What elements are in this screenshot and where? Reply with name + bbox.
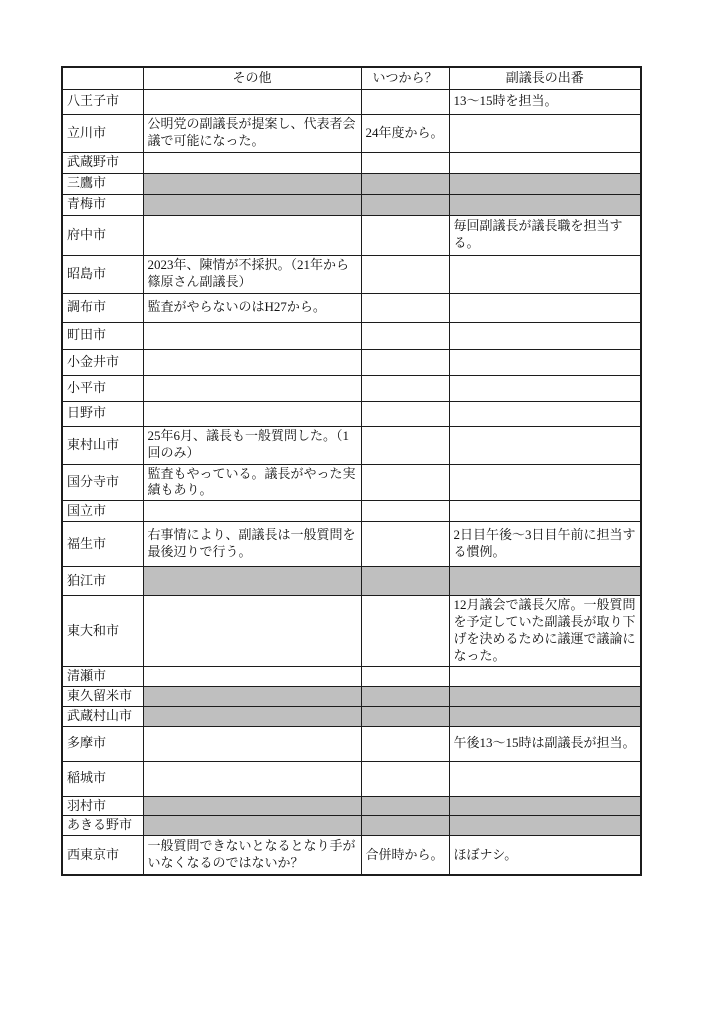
header-role: 副議長の出番 bbox=[449, 67, 641, 89]
since-cell bbox=[361, 375, 449, 401]
since-cell bbox=[361, 194, 449, 215]
role-cell bbox=[449, 706, 641, 726]
city-cell: 日野市 bbox=[62, 401, 143, 426]
document-page: その他 いつから？ 副議長の出番 八王子市 13～15時を担当。 立川市 公明党… bbox=[0, 0, 724, 1024]
table-row: 府中市 毎回副議長が議長職を担当する。 bbox=[62, 215, 641, 255]
vice-chair-survey-table: その他 いつから？ 副議長の出番 八王子市 13～15時を担当。 立川市 公明党… bbox=[61, 66, 642, 876]
city-cell: 羽村市 bbox=[62, 796, 143, 816]
role-cell bbox=[449, 761, 641, 796]
since-cell bbox=[361, 401, 449, 426]
table-row: 福生市 右事情により、副議長は一般質問を最後辺りで行う。 2日目午後～3日目午前… bbox=[62, 522, 641, 567]
since-cell bbox=[361, 215, 449, 255]
role-cell bbox=[449, 567, 641, 596]
role-cell bbox=[449, 375, 641, 401]
city-cell: 八王子市 bbox=[62, 89, 143, 114]
table-row: 町田市 bbox=[62, 322, 641, 349]
table-row: 羽村市 bbox=[62, 796, 641, 816]
other-cell bbox=[143, 686, 361, 706]
table-row: 武蔵野市 bbox=[62, 152, 641, 173]
city-cell: 府中市 bbox=[62, 215, 143, 255]
table-row: 小平市 bbox=[62, 375, 641, 401]
city-cell: 東大和市 bbox=[62, 596, 143, 667]
role-cell bbox=[449, 349, 641, 375]
since-cell bbox=[361, 522, 449, 567]
city-cell: 国立市 bbox=[62, 501, 143, 522]
other-cell bbox=[143, 173, 361, 194]
role-cell bbox=[449, 173, 641, 194]
role-cell bbox=[449, 255, 641, 293]
header-other: その他 bbox=[143, 67, 361, 89]
since-cell bbox=[361, 596, 449, 667]
since-cell bbox=[361, 726, 449, 761]
since-cell bbox=[361, 796, 449, 816]
city-cell: 青梅市 bbox=[62, 194, 143, 215]
since-cell bbox=[361, 349, 449, 375]
since-cell bbox=[361, 761, 449, 796]
other-cell: 右事情により、副議長は一般質問を最後辺りで行う。 bbox=[143, 522, 361, 567]
since-cell bbox=[361, 293, 449, 322]
table-row: 狛江市 bbox=[62, 567, 641, 596]
since-cell bbox=[361, 567, 449, 596]
table-row: 東村山市 25年6月、議長も一般質問した。（1回のみ） bbox=[62, 426, 641, 464]
role-cell: 12月議会で議長欠席。一般質問を予定していた副議長が取り下げを決めるために議運で… bbox=[449, 596, 641, 667]
table-row: 八王子市 13～15時を担当。 bbox=[62, 89, 641, 114]
since-cell bbox=[361, 501, 449, 522]
city-cell: 立川市 bbox=[62, 114, 143, 152]
other-cell bbox=[143, 322, 361, 349]
city-cell: 多摩市 bbox=[62, 726, 143, 761]
role-cell bbox=[449, 796, 641, 816]
role-cell bbox=[449, 194, 641, 215]
city-cell: あきる野市 bbox=[62, 816, 143, 836]
other-cell bbox=[143, 796, 361, 816]
since-cell bbox=[361, 173, 449, 194]
other-cell: 監査がやらないのはH27から。 bbox=[143, 293, 361, 322]
city-cell: 稲城市 bbox=[62, 761, 143, 796]
table-row: 東久留米市 bbox=[62, 686, 641, 706]
other-cell bbox=[143, 89, 361, 114]
since-cell bbox=[361, 464, 449, 501]
table-row: 東大和市 12月議会で議長欠席。一般質問を予定していた副議長が取り下げを決めるた… bbox=[62, 596, 641, 667]
city-cell: 東久留米市 bbox=[62, 686, 143, 706]
other-cell bbox=[143, 152, 361, 173]
role-cell bbox=[449, 426, 641, 464]
other-cell bbox=[143, 349, 361, 375]
role-cell bbox=[449, 322, 641, 349]
city-cell: 西東京市 bbox=[62, 836, 143, 875]
role-cell bbox=[449, 401, 641, 426]
table-row: 稲城市 bbox=[62, 761, 641, 796]
role-cell bbox=[449, 293, 641, 322]
role-cell bbox=[449, 152, 641, 173]
since-cell: 24年度から。 bbox=[361, 114, 449, 152]
since-cell bbox=[361, 666, 449, 686]
city-cell: 小平市 bbox=[62, 375, 143, 401]
table-row: 多摩市 午後13～15時は副議長が担当。 bbox=[62, 726, 641, 761]
city-cell: 小金井市 bbox=[62, 349, 143, 375]
city-cell: 調布市 bbox=[62, 293, 143, 322]
role-cell bbox=[449, 686, 641, 706]
header-since: いつから？ bbox=[361, 67, 449, 89]
since-cell bbox=[361, 89, 449, 114]
since-cell bbox=[361, 706, 449, 726]
since-cell bbox=[361, 686, 449, 706]
other-cell bbox=[143, 501, 361, 522]
since-cell bbox=[361, 426, 449, 464]
other-cell: 2023年、陳情が不採択。（21年から篠原さん副議長） bbox=[143, 255, 361, 293]
header-city bbox=[62, 67, 143, 89]
since-cell: 合併時から。 bbox=[361, 836, 449, 875]
role-cell bbox=[449, 114, 641, 152]
other-cell bbox=[143, 375, 361, 401]
table-row: 青梅市 bbox=[62, 194, 641, 215]
other-cell bbox=[143, 726, 361, 761]
role-cell bbox=[449, 501, 641, 522]
table-row: 武蔵村山市 bbox=[62, 706, 641, 726]
other-cell bbox=[143, 761, 361, 796]
city-cell: 国分寺市 bbox=[62, 464, 143, 501]
other-cell bbox=[143, 666, 361, 686]
role-cell: 毎回副議長が議長職を担当する。 bbox=[449, 215, 641, 255]
table-row: 調布市 監査がやらないのはH27から。 bbox=[62, 293, 641, 322]
role-cell bbox=[449, 666, 641, 686]
city-cell: 東村山市 bbox=[62, 426, 143, 464]
table-row: 日野市 bbox=[62, 401, 641, 426]
table-row: 昭島市 2023年、陳情が不採択。（21年から篠原さん副議長） bbox=[62, 255, 641, 293]
since-cell bbox=[361, 255, 449, 293]
table-row: 国立市 bbox=[62, 501, 641, 522]
other-cell: 公明党の副議長が提案し、代表者会議で可能になった。 bbox=[143, 114, 361, 152]
city-cell: 福生市 bbox=[62, 522, 143, 567]
city-cell: 武蔵村山市 bbox=[62, 706, 143, 726]
role-cell: ほぼナシ。 bbox=[449, 836, 641, 875]
other-cell bbox=[143, 401, 361, 426]
other-cell bbox=[143, 215, 361, 255]
other-cell bbox=[143, 567, 361, 596]
table-row: 三鷹市 bbox=[62, 173, 641, 194]
since-cell bbox=[361, 816, 449, 836]
other-cell bbox=[143, 596, 361, 667]
other-cell: 25年6月、議長も一般質問した。（1回のみ） bbox=[143, 426, 361, 464]
header-row: その他 いつから？ 副議長の出番 bbox=[62, 67, 641, 89]
role-cell bbox=[449, 464, 641, 501]
role-cell: 午後13～15時は副議長が担当。 bbox=[449, 726, 641, 761]
city-cell: 町田市 bbox=[62, 322, 143, 349]
other-cell: 監査もやっている。議長がやった実績もあり。 bbox=[143, 464, 361, 501]
role-cell: 2日目午後～3日目午前に担当する慣例。 bbox=[449, 522, 641, 567]
role-cell: 13～15時を担当。 bbox=[449, 89, 641, 114]
table-row: 国分寺市 監査もやっている。議長がやった実績もあり。 bbox=[62, 464, 641, 501]
other-cell bbox=[143, 706, 361, 726]
city-cell: 清瀬市 bbox=[62, 666, 143, 686]
other-cell bbox=[143, 194, 361, 215]
table-row: 小金井市 bbox=[62, 349, 641, 375]
city-cell: 昭島市 bbox=[62, 255, 143, 293]
table-row: 西東京市 一般質問できないとなるとなり手がいなくなるのではないか？ 合併時から。… bbox=[62, 836, 641, 875]
since-cell bbox=[361, 152, 449, 173]
table-row: あきる野市 bbox=[62, 816, 641, 836]
table-row: 清瀬市 bbox=[62, 666, 641, 686]
since-cell bbox=[361, 322, 449, 349]
role-cell bbox=[449, 816, 641, 836]
table-row: 立川市 公明党の副議長が提案し、代表者会議で可能になった。 24年度から。 bbox=[62, 114, 641, 152]
other-cell: 一般質問できないとなるとなり手がいなくなるのではないか？ bbox=[143, 836, 361, 875]
other-cell bbox=[143, 816, 361, 836]
city-cell: 三鷹市 bbox=[62, 173, 143, 194]
city-cell: 武蔵野市 bbox=[62, 152, 143, 173]
city-cell: 狛江市 bbox=[62, 567, 143, 596]
